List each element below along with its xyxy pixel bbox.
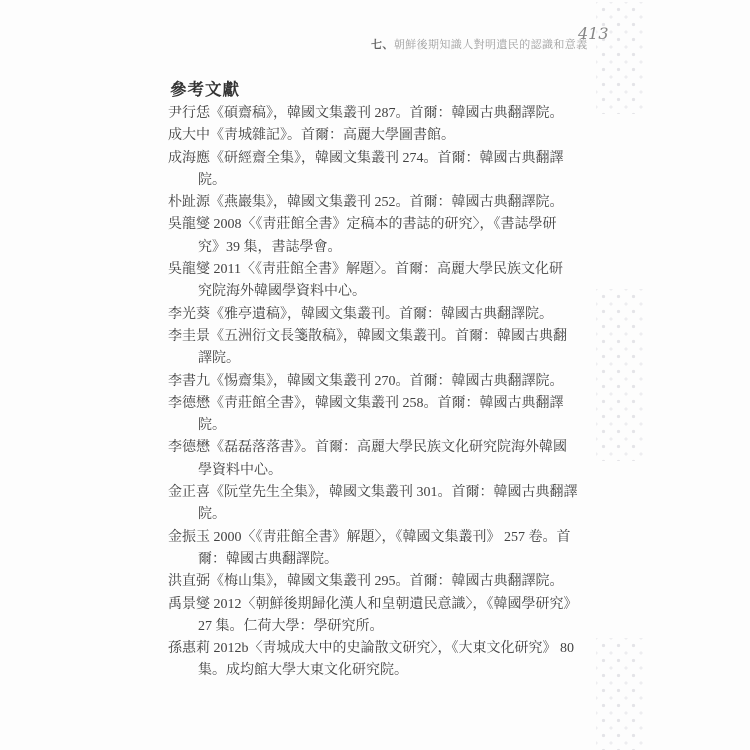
chapter-number: 七、	[371, 39, 394, 51]
reference-list: 尹行恁《碩齋稿》，韓國文集叢刊 287。首爾：韓國古典翻譯院。成大中《靑城雜記》…	[168, 103, 618, 683]
reference-entry: 吳龍燮 2008〈《靑莊館全書》定稿本的書誌的研究〉，《書誌學研究》39 集，書…	[168, 214, 618, 259]
reference-line: 究》39 集，書誌學會。	[168, 237, 618, 259]
reference-line: 李書九《惕齋集》，韓國文集叢刊 270。首爾：韓國古典翻譯院。	[168, 371, 618, 393]
reference-entry: 李書九《惕齋集》，韓國文集叢刊 270。首爾：韓國古典翻譯院。	[168, 371, 618, 393]
reference-entry: 吳龍燮 2011〈《靑莊館全書》解題〉。首爾：高麗大學民族文化研究院海外韓國學資…	[168, 259, 618, 304]
reference-entry: 尹行恁《碩齋稿》，韓國文集叢刊 287。首爾：韓國古典翻譯院。	[168, 103, 618, 125]
reference-line: 金振玉 2000〈《靑莊館全書》解題〉，《韓國文集叢刊》 257 卷。首	[168, 527, 618, 549]
reference-line: 金正喜《阮堂先生全集》，韓國文集叢刊 301。首爾：韓國古典翻譯	[168, 482, 618, 504]
reference-line: 學資料中心。	[168, 460, 618, 482]
chapter-title: 朝鮮後期知識人對明遺民的認識和意義	[394, 39, 588, 51]
reference-line: 爾：韓國古典翻譯院。	[168, 549, 618, 571]
reference-line: 院。	[168, 504, 618, 526]
reference-line: 李德懋《磊磊落落書》。首爾：高麗大學民族文化研究院海外韓國	[168, 437, 618, 459]
reference-line: 禹景燮 2012〈朝鮮後期歸化漢人和皇朝遺民意識〉，《韓國學研究》	[168, 594, 618, 616]
dot-pattern-decoration	[596, 2, 644, 114]
book-page: 413 七、朝鮮後期知識人對明遺民的認識和意義 參考文獻 尹行恁《碩齋稿》，韓國…	[0, 0, 750, 750]
reference-line: 究院海外韓國學資料中心。	[168, 281, 618, 303]
reference-line: 李光葵《雅亭遺稿》，韓國文集叢刊。首爾：韓國古典翻譯院。	[168, 304, 618, 326]
reference-entry: 金正喜《阮堂先生全集》，韓國文集叢刊 301。首爾：韓國古典翻譯院。	[168, 482, 618, 527]
reference-line: 孫惠莉 2012b〈靑城成大中的史論散文研究〉，《大東文化研究》 80	[168, 638, 618, 660]
reference-line: 成大中《靑城雜記》。首爾：高麗大學圖書館。	[168, 125, 618, 147]
reference-entry: 李圭景《五洲衍文長箋散稿》，韓國文集叢刊。首爾：韓國古典翻譯院。	[168, 326, 618, 371]
reference-line: 成海應《研經齋全集》，韓國文集叢刊 274。首爾：韓國古典翻譯	[168, 148, 618, 170]
reference-line: 吳龍燮 2011〈《靑莊館全書》解題〉。首爾：高麗大學民族文化研	[168, 259, 618, 281]
reference-line: 院。	[168, 415, 618, 437]
reference-line: 集。成均館大學大東文化研究院。	[168, 660, 618, 682]
reference-entry: 孫惠莉 2012b〈靑城成大中的史論散文研究〉，《大東文化研究》 80集。成均館…	[168, 638, 618, 683]
reference-entry: 成大中《靑城雜記》。首爾：高麗大學圖書館。	[168, 125, 618, 147]
section-title: 參考文獻	[170, 76, 240, 100]
reference-line: 尹行恁《碩齋稿》，韓國文集叢刊 287。首爾：韓國古典翻譯院。	[168, 103, 618, 125]
reference-line: 譯院。	[168, 348, 618, 370]
reference-line: 院。	[168, 170, 618, 192]
reference-entry: 成海應《研經齋全集》，韓國文集叢刊 274。首爾：韓國古典翻譯院。	[168, 148, 618, 193]
reference-entry: 禹景燮 2012〈朝鮮後期歸化漢人和皇朝遺民意識〉，《韓國學研究》27 集。仁荷…	[168, 594, 618, 639]
reference-line: 朴趾源《燕巖集》，韓國文集叢刊 252。首爾：韓國古典翻譯院。	[168, 192, 618, 214]
reference-line: 李德懋《靑莊館全書》，韓國文集叢刊 258。首爾：韓國古典翻譯	[168, 393, 618, 415]
reference-entry: 李德懋《靑莊館全書》，韓國文集叢刊 258。首爾：韓國古典翻譯院。	[168, 393, 618, 438]
reference-entry: 朴趾源《燕巖集》，韓國文集叢刊 252。首爾：韓國古典翻譯院。	[168, 192, 618, 214]
reference-line: 李圭景《五洲衍文長箋散稿》，韓國文集叢刊。首爾：韓國古典翻	[168, 326, 618, 348]
reference-line: 27 集。仁荷大學：學研究所。	[168, 616, 618, 638]
reference-entry: 李德懋《磊磊落落書》。首爾：高麗大學民族文化研究院海外韓國學資料中心。	[168, 437, 618, 482]
reference-entry: 金振玉 2000〈《靑莊館全書》解題〉，《韓國文集叢刊》 257 卷。首爾：韓國…	[168, 527, 618, 572]
reference-line: 吳龍燮 2008〈《靑莊館全書》定稿本的書誌的研究〉，《書誌學研	[168, 214, 618, 236]
reference-line: 洪直弼《梅山集》，韓國文集叢刊 295。首爾：韓國古典翻譯院。	[168, 571, 618, 593]
reference-entry: 李光葵《雅亭遺稿》，韓國文集叢刊。首爾：韓國古典翻譯院。	[168, 304, 618, 326]
reference-entry: 洪直弼《梅山集》，韓國文集叢刊 295。首爾：韓國古典翻譯院。	[168, 571, 618, 593]
running-head: 七、朝鮮後期知識人對明遺民的認識和意義	[371, 36, 588, 52]
